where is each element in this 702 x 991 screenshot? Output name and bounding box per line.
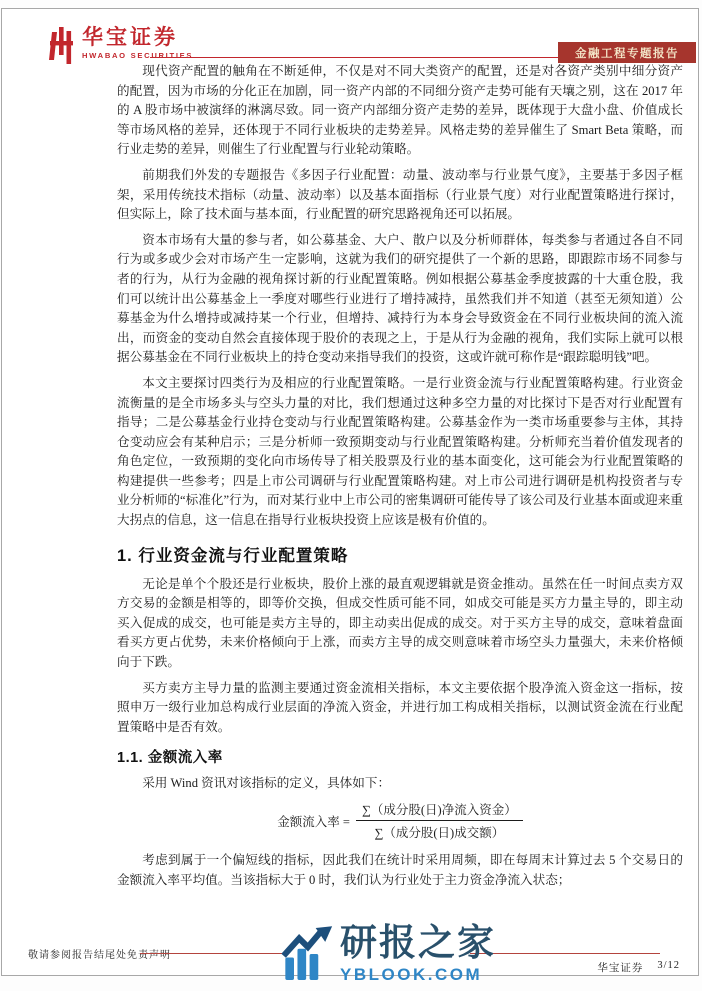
yblook-text: 研报之家 YBLOOK.COM [340, 923, 496, 985]
section-1-paragraph: 无论是单个个股还是行业板块，股价上涨的最直观逻辑就是资金推动。虽然在任一时间点卖… [117, 575, 683, 673]
brand-name-en: HWABAO SECURITIES [82, 51, 193, 60]
yblook-domain: YBLOOK.COM [340, 965, 496, 985]
header-divider [150, 57, 558, 58]
page-number: 3/12 [657, 960, 680, 975]
formula-fraction: ∑（成分股(日)净流入资金） ∑（成分股(日)成交额） [356, 800, 523, 841]
report-type-badge: 金融工程专题报告 [558, 42, 696, 63]
section-1-paragraph: 买方卖方主导力量的监测主要通过资金流相关指标，本文主要依据个股净流入资金这一指标… [117, 679, 683, 738]
report-body: 现代资产配置的触角在不断延伸，不仅是对不同大类资产的配置，还是对各资产类别中细分… [117, 62, 683, 896]
brand-text: 华宝证券 HWABAO SECURITIES [82, 26, 193, 60]
hwabao-logo: 华宝证券 HWABAO SECURITIES [46, 26, 193, 64]
intro-paragraph: 前期我们外发的专题报告《多因子行业配置：动量、波动率与行业景气度》，主要基于多因… [117, 166, 683, 225]
hwabao-logo-icon [46, 26, 75, 64]
footer-divider [140, 953, 285, 954]
formula-numerator: ∑（成分股(日)净流入资金） [356, 800, 523, 821]
brand-name-cn: 华宝证券 [82, 26, 193, 50]
formula-amount-inflow-rate: 金额流入率 = ∑（成分股(日)净流入资金） ∑（成分股(日)成交额） [117, 800, 683, 841]
intro-paragraph: 资本市场有大量的参与者，如公募基金、大户、散户以及分析师群体，每类参与者通过各自… [117, 231, 683, 368]
yblook-watermark: 研报之家 YBLOOK.COM [281, 923, 496, 985]
footer-right: 华宝证券 3/12 [597, 960, 680, 975]
formula-lhs: 金额流入率 = [277, 812, 350, 830]
yblook-name: 研报之家 [340, 923, 496, 963]
yblook-logo-icon [281, 923, 333, 985]
section-1-title: 1. 行业资金流与行业配置策略 [117, 542, 683, 566]
intro-paragraph: 现代资产配置的触角在不断延伸，不仅是对不同大类资产的配置，还是对各资产类别中细分… [117, 62, 683, 160]
intro-paragraph: 本文主要探讨四类行为及相应的行业配置策略。一是行业资金流与行业配置策略构建。行业… [117, 374, 683, 531]
section-1-1-lead: 采用 Wind 资讯对该指标的定义，具体如下： [117, 774, 683, 794]
section-1-1-title: 1.1. 金额流入率 [117, 746, 683, 767]
section-1-1-paragraph: 考虑到属于一个偏短线的指标，因此我们在统计时采用周频，即在每周末计算过去 5 个… [117, 851, 683, 890]
footer-brand: 华宝证券 [597, 960, 643, 975]
report-page: 华宝证券 HWABAO SECURITIES 金融工程专题报告 现代资产配置的触… [0, 0, 702, 991]
formula-denominator: ∑（成分股(日)成交额） [356, 821, 523, 841]
footer-divider [470, 953, 660, 954]
